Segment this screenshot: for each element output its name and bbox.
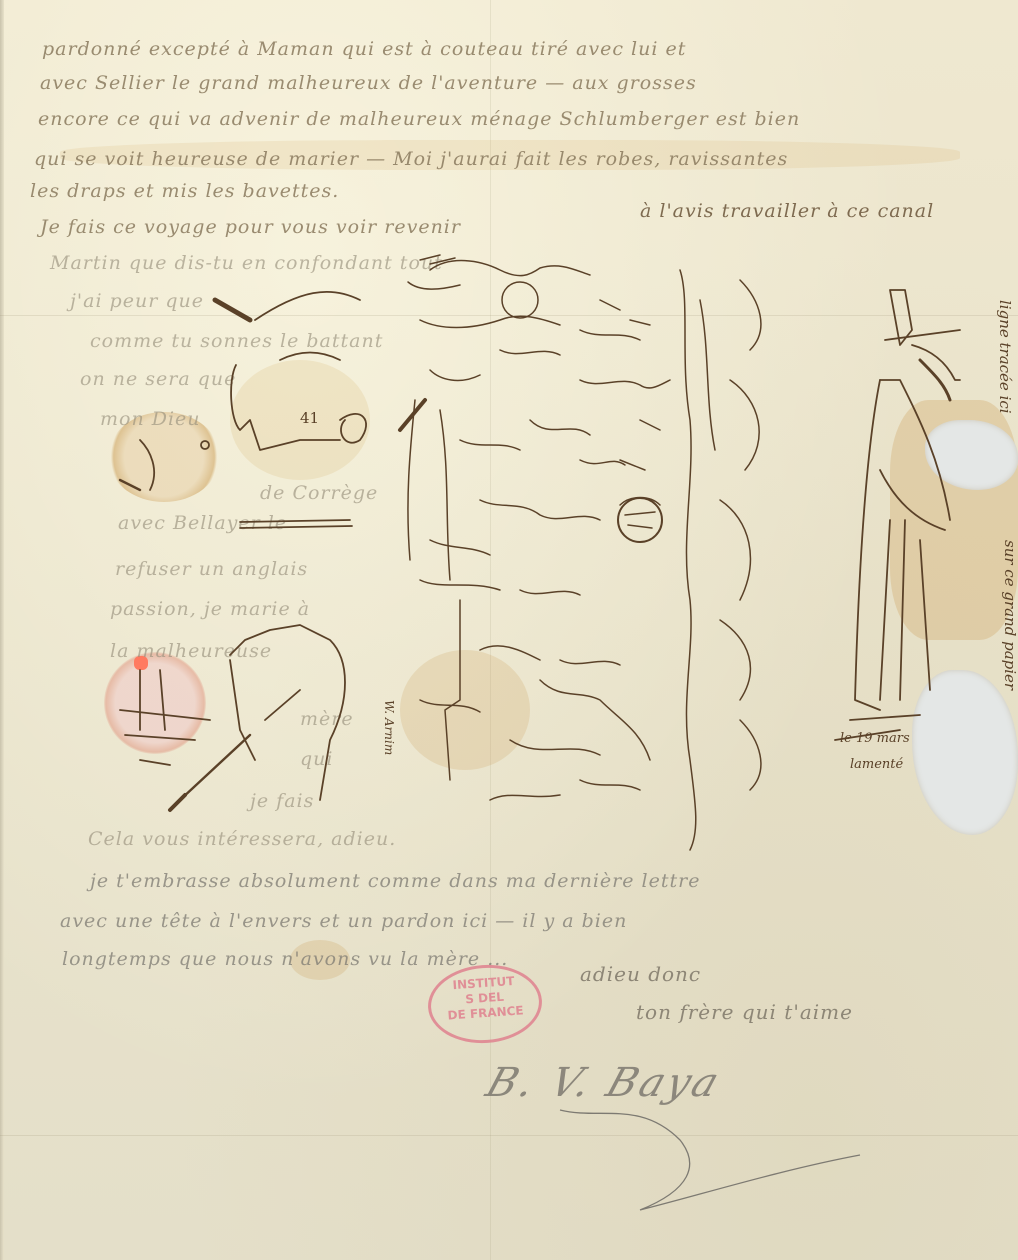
underline-stroke <box>240 526 352 528</box>
right-margin-note-1: ligne tracée ici <box>996 300 1014 414</box>
right-margin-note-2: sur ce grand papier <box>1001 540 1018 691</box>
caricature-grid-sketch <box>400 255 761 850</box>
figure-caption-1: le 19 mars <box>840 731 910 746</box>
signature: B. V. Baya <box>481 1060 728 1106</box>
svg-text:41: 41 <box>300 409 319 427</box>
top-hat-gentleman-sketch <box>835 290 960 740</box>
manuscript-page: pardonné excepté à Maman qui est à coute… <box>0 0 1018 1260</box>
profile-head-41-sketch: 41 <box>215 292 366 450</box>
figure-caption-2: lamenté <box>850 757 904 772</box>
circle-sketch-stroke <box>140 440 154 490</box>
underline-stroke <box>240 520 350 522</box>
signature-flourish <box>560 1110 860 1210</box>
reclining-figure-sketch <box>170 625 345 810</box>
center-vertical-note: W. Arnim <box>382 700 396 755</box>
